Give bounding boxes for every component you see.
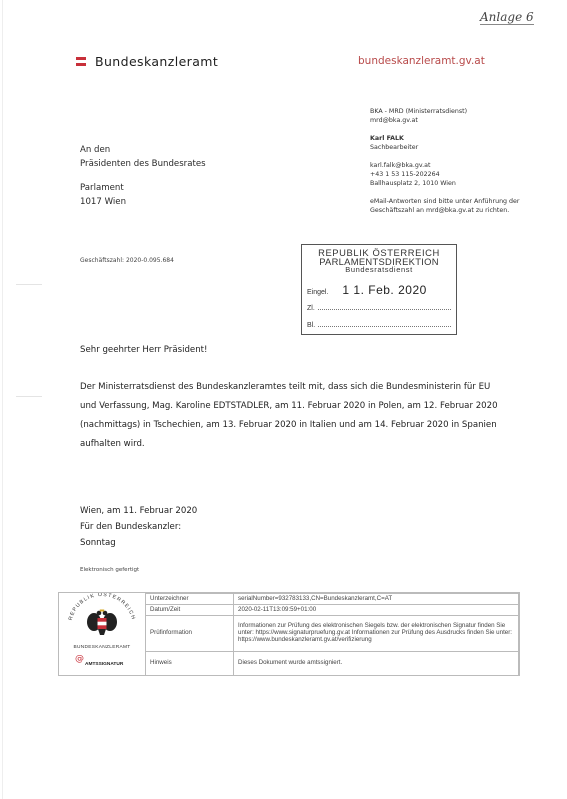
row-key: Unterzeichner: [146, 594, 234, 605]
website-link[interactable]: bundeskanzleramt.gv.at: [358, 55, 485, 67]
sender-email[interactable]: karl.falk@bka.gv.at: [370, 161, 520, 170]
reference-number: Geschäftszahl: 2020-0.095.684: [80, 257, 174, 264]
table-row: Datum/Zeit 2020-02-11T13:09:59+01:00: [146, 605, 519, 616]
sender-block: BKA - MRD (Ministerratsdienst) mrd@bka.g…: [370, 107, 520, 215]
stamp-bl-label: Bl.: [307, 322, 315, 329]
table-row: Prüfinformation Informationen zur Prüfun…: [146, 616, 519, 652]
sender-address: Ballhausplatz 2, 1010 Wien: [370, 179, 520, 188]
on-behalf: Für den Bundeskanzler:: [80, 519, 197, 535]
coat-of-arms-icon: REPUBLIK ÖSTERREICH BUNDESKANZLERAMT @ A…: [59, 593, 145, 675]
electronic-note: Elektronisch gefertigt: [80, 567, 139, 573]
salutation: Sehr geehrter Herr Präsident!: [80, 345, 207, 355]
flag-icon: [76, 57, 86, 66]
handwritten-annotation: Anlage 6: [480, 10, 534, 25]
recipient-line: An den: [80, 144, 206, 158]
sender-note-line2: Geschäftszahl an mrd@bka.gv.at zu richte…: [370, 206, 520, 215]
signer-name: Sonntag: [80, 535, 197, 551]
sender-department-email[interactable]: mrd@bka.gv.at: [370, 116, 520, 125]
stamp-zl-label: Zl.: [307, 305, 315, 312]
table-row: Unterzeichner serialNumber=932783133,CN=…: [146, 594, 519, 605]
page-edge: [2, 0, 3, 799]
logo-text: Bundeskanzleramt: [95, 54, 218, 69]
recipient-line: Präsidenten des Bundesrates: [80, 158, 206, 172]
stamp-dotted-line: [318, 320, 451, 327]
row-value: 2020-02-11T13:09:59+01:00: [234, 605, 519, 616]
row-key: Datum/Zeit: [146, 605, 234, 616]
stamp-received-date: 1 1. Feb. 2020: [342, 283, 426, 297]
official-seal: REPUBLIK ÖSTERREICH BUNDESKANZLERAMT @ A…: [59, 593, 146, 675]
sender-note-line1: eMail-Antworten sind bitte unter Anführu…: [370, 197, 520, 206]
receipt-stamp: REPUBLIK ÖSTERREICH PARLAMENTSDIREKTION …: [301, 244, 457, 335]
row-value: serialNumber=932783133,CN=Bundeskanzlera…: [234, 594, 519, 605]
sender-role: Sachbearbeiter: [370, 143, 520, 152]
svg-text:REPUBLIK ÖSTERREICH: REPUBLIK ÖSTERREICH: [68, 593, 136, 621]
seal-org: BUNDESKANZLERAMT: [73, 644, 130, 650]
table-row: Hinweis Dieses Dokument wurde amtssignie…: [146, 652, 519, 676]
stamp-dotted-line: [318, 303, 451, 310]
sender-name: Karl FALK: [370, 135, 404, 142]
header-logo: Bundeskanzleramt: [76, 54, 218, 69]
sender-phone: +43 1 53 115-202264: [370, 170, 520, 179]
recipient-line: 1017 Wien: [80, 196, 206, 210]
sender-department: BKA - MRD (Ministerratsdienst): [370, 107, 520, 116]
signature-block: REPUBLIK ÖSTERREICH BUNDESKANZLERAMT @ A…: [58, 592, 520, 676]
seal-arc-text: REPUBLIK ÖSTERREICH: [68, 593, 136, 621]
row-value: Dieses Dokument wurde amtssigniert.: [234, 652, 519, 676]
fold-mark: [16, 396, 42, 397]
row-key: Hinweis: [146, 652, 234, 676]
row-value: Informationen zur Prüfung des elektronis…: [234, 616, 519, 652]
letter-body: Der Ministerratsdienst des Bundeskanzler…: [80, 378, 500, 454]
stamp-line: Bundesratsdienst: [302, 266, 456, 274]
fold-mark: [16, 284, 42, 285]
recipient-line: Parlament: [80, 182, 206, 196]
at-sign-icon: @: [75, 654, 84, 664]
closing-block: Wien, am 11. Februar 2020 Für den Bundes…: [80, 503, 197, 551]
recipient-block: An den Präsidenten des Bundesrates Parla…: [80, 144, 206, 209]
signature-info-table: Unterzeichner serialNumber=932783133,CN=…: [145, 593, 519, 676]
seal-badge: AMTSSIGNATUR: [85, 661, 124, 667]
row-key: Prüfinformation: [146, 616, 234, 652]
stamp-received-label: Eingel.: [307, 289, 328, 296]
place-date: Wien, am 11. Februar 2020: [80, 503, 197, 519]
